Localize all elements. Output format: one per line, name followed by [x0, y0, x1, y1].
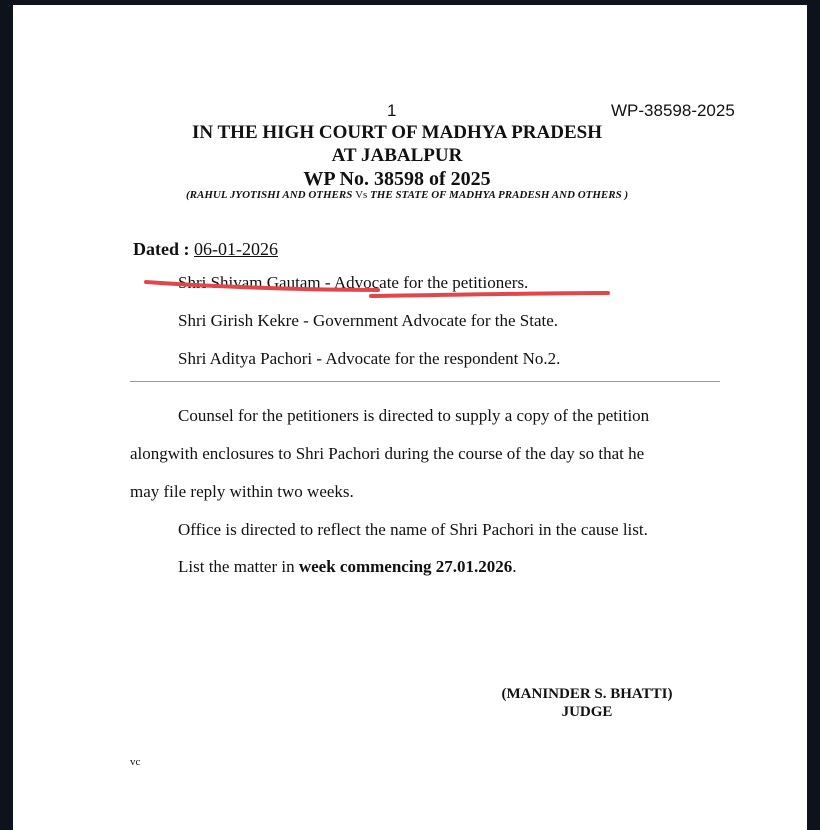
order-paragraph-1-line-3: may file reply within two weeks.	[130, 482, 354, 502]
page-number: 1	[387, 101, 396, 121]
listing-suffix: .	[512, 557, 516, 576]
typist-initials: vc	[130, 756, 140, 768]
order-paragraph-2: Office is directed to reflect the name o…	[178, 520, 648, 540]
listing-date: week commencing 27.01.2026	[299, 557, 512, 576]
case-number: WP No. 38598 of 2025	[0, 168, 794, 191]
document-page: 1 WP-38598-2025 IN THE HIGH COURT OF MAD…	[13, 5, 807, 830]
appearance-petitioner: Shri Shivam Gautam - Advocate for the pe…	[178, 273, 528, 293]
judge-title: JUDGE	[487, 704, 687, 721]
court-seat: AT JABALPUR	[0, 145, 794, 167]
petitioner-party: (RAHUL JYOTISHI AND OTHERS	[186, 189, 352, 201]
case-parties: (RAHUL JYOTISHI AND OTHERS Vs THE STATE …	[186, 189, 628, 201]
respondent-party: THE STATE OF MADHYA PRADESH AND OTHERS )	[370, 189, 628, 201]
appearance-state: Shri Girish Kekre - Government Advocate …	[178, 311, 558, 331]
order-date: Dated : 06-01-2026	[133, 239, 278, 260]
order-paragraph-1-line-2: alongwith enclosures to Shri Pachori dur…	[130, 444, 720, 464]
judge-name: (MANINDER S. BHATTI)	[487, 686, 687, 703]
horizontal-divider	[130, 381, 720, 382]
case-reference: WP-38598-2025	[611, 101, 735, 121]
order-paragraph-1-line-1: Counsel for the petitioners is directed …	[178, 406, 649, 426]
appearance-respondent-2: Shri Aditya Pachori - Advocate for the r…	[178, 349, 560, 369]
court-name: IN THE HIGH COURT OF MADHYA PRADESH	[0, 122, 794, 144]
dated-label: Dated :	[133, 239, 190, 259]
order-paragraph-3: List the matter in week commencing 27.01…	[178, 557, 517, 577]
date-value: 06-01-2026	[194, 239, 278, 259]
versus-label: Vs	[355, 189, 367, 201]
listing-prefix: List the matter in	[178, 557, 299, 576]
